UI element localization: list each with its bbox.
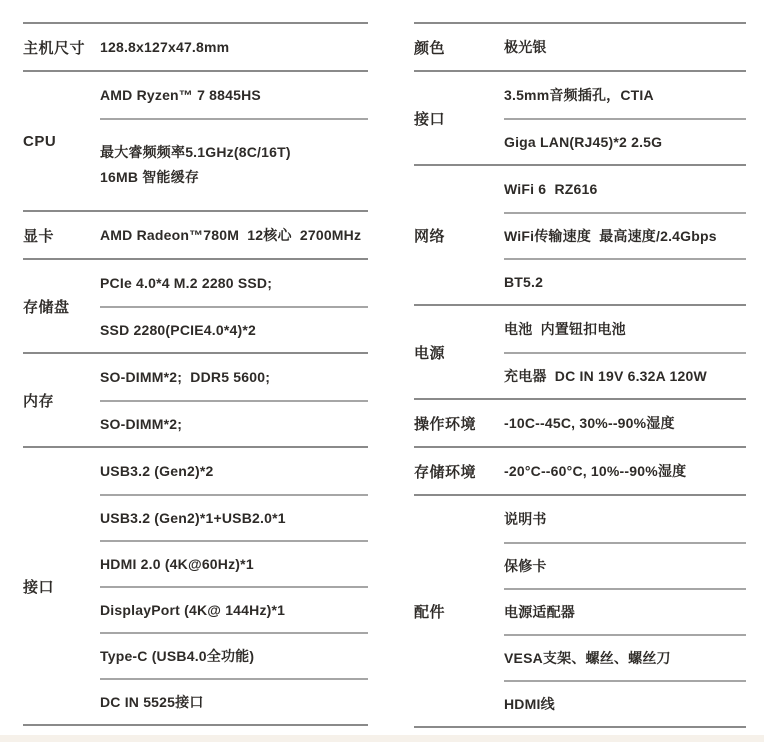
spec-value-io-ports-3: DisplayPort (4K@ 144Hz)*1 [100, 586, 368, 632]
spec-values-storage-drive: PCIe 4.0*4 M.2 2280 SSD;SSD 2280(PCIE4.0… [100, 260, 368, 352]
spec-label-operating-environment: 操作环境 [414, 400, 504, 446]
spec-values-color: 极光银 [504, 24, 746, 70]
spec-value-accessories-1: 保修卡 [504, 542, 746, 588]
spec-value-network-1: WiFi传输速度 最高速度/2.4Gbps [504, 212, 746, 258]
spec-block-operating-environment: 操作环境-10C--45C, 30%--90%湿度 [414, 400, 746, 448]
spec-values-memory: SO-DIMM*2; DDR5 5600;SO-DIMM*2; [100, 354, 368, 446]
spec-value-audio-lan-ports-1: Giga LAN(RJ45)*2 2.5G [504, 118, 746, 164]
spec-value-io-ports-5: DC IN 5525接口 [100, 678, 368, 724]
spec-value-host-dimensions-0: 128.8x127x47.8mm [100, 24, 368, 70]
spec-value-memory-0: SO-DIMM*2; DDR5 5600; [100, 354, 368, 400]
spec-value-cpu-1: 最大睿频频率5.1GHz(8C/16T) 16MB 智能缓存 [100, 118, 368, 210]
spec-block-gpu: 显卡AMD Radeon™780M 12核心 2700MHz [23, 212, 368, 260]
spec-value-power-0: 电池 内置钮扣电池 [504, 306, 746, 352]
spec-values-power: 电池 内置钮扣电池充电器 DC IN 19V 6.32A 120W [504, 306, 746, 398]
spec-value-accessories-3: VESA支架、螺丝、螺丝刀 [504, 634, 746, 680]
spec-values-network: WiFi 6 RZ616WiFi传输速度 最高速度/2.4GbpsBT5.2 [504, 166, 746, 304]
spec-value-memory-1: SO-DIMM*2; [100, 400, 368, 446]
spec-values-cpu: AMD Ryzen™ 7 8845HS最大睿频频率5.1GHz(8C/16T) … [100, 72, 368, 210]
spec-label-network: 网络 [414, 166, 504, 304]
spec-label-accessories: 配件 [414, 496, 504, 726]
spec-value-accessories-4: HDMI线 [504, 680, 746, 726]
spec-values-host-dimensions: 128.8x127x47.8mm [100, 24, 368, 70]
spec-value-color-0: 极光银 [504, 24, 746, 70]
spec-block-memory: 内存SO-DIMM*2; DDR5 5600;SO-DIMM*2; [23, 354, 368, 448]
spec-block-power: 电源电池 内置钮扣电池充电器 DC IN 19V 6.32A 120W [414, 306, 746, 400]
spec-block-io-ports: 接口USB3.2 (Gen2)*2USB3.2 (Gen2)*1+USB2.0*… [23, 448, 368, 726]
spec-value-network-2: BT5.2 [504, 258, 746, 304]
spec-label-cpu: CPU [23, 72, 100, 210]
spec-value-network-0: WiFi 6 RZ616 [504, 166, 746, 212]
spec-value-power-1: 充电器 DC IN 19V 6.32A 120W [504, 352, 746, 398]
spec-value-io-ports-0: USB3.2 (Gen2)*2 [100, 448, 368, 494]
spec-block-audio-lan-ports: 接口3.5mm音频插孔，CTIAGiga LAN(RJ45)*2 2.5G [414, 72, 746, 166]
spec-value-cpu-0: AMD Ryzen™ 7 8845HS [100, 72, 368, 118]
spec-block-storage-drive: 存储盘PCIe 4.0*4 M.2 2280 SSD;SSD 2280(PCIE… [23, 260, 368, 354]
spec-value-storage-drive-0: PCIe 4.0*4 M.2 2280 SSD; [100, 260, 368, 306]
spec-value-io-ports-4: Type-C (USB4.0全功能) [100, 632, 368, 678]
spec-value-accessories-2: 电源适配器 [504, 588, 746, 634]
spec-block-network: 网络WiFi 6 RZ616WiFi传输速度 最高速度/2.4GbpsBT5.2 [414, 166, 746, 306]
spec-value-gpu-0: AMD Radeon™780M 12核心 2700MHz [100, 212, 368, 258]
spec-value-operating-environment-0: -10C--45C, 30%--90%湿度 [504, 400, 746, 446]
spec-label-audio-lan-ports: 接口 [414, 72, 504, 164]
spec-block-host-dimensions: 主机尺寸128.8x127x47.8mm [23, 24, 368, 72]
spec-label-storage-drive: 存储盘 [23, 260, 100, 352]
spec-block-cpu: CPUAMD Ryzen™ 7 8845HS最大睿频频率5.1GHz(8C/16… [23, 72, 368, 212]
spec-values-storage-environment: -20°C--60°C, 10%--90%湿度 [504, 448, 746, 494]
spec-value-storage-drive-1: SSD 2280(PCIE4.0*4)*2 [100, 306, 368, 352]
spec-value-accessories-0: 说明书 [504, 496, 746, 542]
spec-values-accessories: 说明书保修卡电源适配器VESA支架、螺丝、螺丝刀HDMI线 [504, 496, 746, 726]
spec-label-memory: 内存 [23, 354, 100, 446]
spec-values-audio-lan-ports: 3.5mm音频插孔，CTIAGiga LAN(RJ45)*2 2.5G [504, 72, 746, 164]
spec-label-power: 电源 [414, 306, 504, 398]
spec-block-storage-environment: 存储环境-20°C--60°C, 10%--90%湿度 [414, 448, 746, 496]
spec-label-host-dimensions: 主机尺寸 [23, 24, 100, 70]
spec-values-io-ports: USB3.2 (Gen2)*2USB3.2 (Gen2)*1+USB2.0*1H… [100, 448, 368, 724]
spec-label-color: 颜色 [414, 24, 504, 70]
product-spec-sheet: 主机尺寸128.8x127x47.8mmCPUAMD Ryzen™ 7 8845… [0, 0, 764, 742]
bottom-strip [0, 735, 764, 742]
spec-block-accessories: 配件说明书保修卡电源适配器VESA支架、螺丝、螺丝刀HDMI线 [414, 496, 746, 728]
spec-value-io-ports-1: USB3.2 (Gen2)*1+USB2.0*1 [100, 494, 368, 540]
spec-label-gpu: 显卡 [23, 212, 100, 258]
spec-label-io-ports: 接口 [23, 448, 100, 724]
spec-block-color: 颜色极光银 [414, 24, 746, 72]
spec-column-right: 颜色极光银接口3.5mm音频插孔，CTIAGiga LAN(RJ45)*2 2.… [414, 22, 746, 728]
spec-value-audio-lan-ports-0: 3.5mm音频插孔，CTIA [504, 72, 746, 118]
spec-values-gpu: AMD Radeon™780M 12核心 2700MHz [100, 212, 368, 258]
spec-label-storage-environment: 存储环境 [414, 448, 504, 494]
spec-values-operating-environment: -10C--45C, 30%--90%湿度 [504, 400, 746, 446]
spec-column-left: 主机尺寸128.8x127x47.8mmCPUAMD Ryzen™ 7 8845… [23, 22, 368, 726]
spec-value-storage-environment-0: -20°C--60°C, 10%--90%湿度 [504, 448, 746, 494]
spec-value-io-ports-2: HDMI 2.0 (4K@60Hz)*1 [100, 540, 368, 586]
